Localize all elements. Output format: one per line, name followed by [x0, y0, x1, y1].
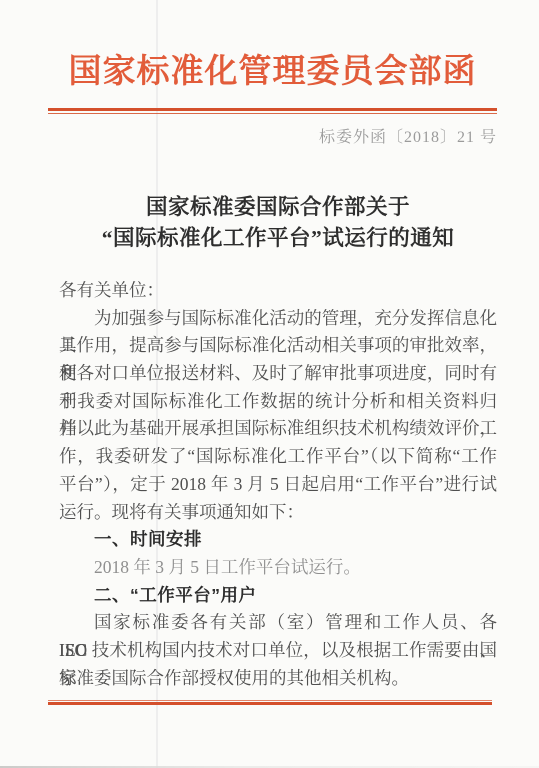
footer-divider-thick-line [48, 702, 492, 705]
section2-line: 国家标准委各有关部（室）管理和工作人员、各 ISO、 [59, 609, 497, 637]
masthead-divider [48, 108, 497, 114]
paragraph1-line: 并以此为基础开展承担国际标准组织技术机构绩效评价工 [59, 415, 497, 443]
paragraph1-line: 作，我委研发了“国际标准化工作平台”（以下简称“工作 [59, 443, 497, 471]
masthead-divider-thin-line [48, 113, 497, 114]
document-title-line2: “国际标准化工作平台”试运行的通知 [59, 223, 497, 254]
salutation: 各有关单位： [59, 277, 497, 305]
section1-heading: 一、时间安排 [59, 526, 497, 554]
paragraph1-line: 于我委对国际标准化工作数据的统计分析和相关资料归档， [59, 388, 497, 416]
paragraph1-line: 平台”），定于 2018 年 3 月 5 日起启用“工作平台”进行试 [59, 471, 497, 499]
paragraph1-line: 为加强参与国际标准化活动的管理，充分发挥信息化工 [59, 305, 497, 333]
paragraph1-line: 具作用，提高参与国际标准化活动相关事项的审批效率，便 [59, 332, 497, 360]
section2-line: 标准委国际合作部授权使用的其他相关机构。 [59, 665, 497, 693]
section2-line: IEC 技术机构国内技术对口单位，以及根据工作需要由国家 [59, 637, 497, 665]
letter-body: 各有关单位： 为加强参与国际标准化活动的管理，充分发挥信息化工 具作用，提高参与… [59, 277, 497, 692]
section1-content: 2018 年 3 月 5 日工作平台试运行。 [59, 554, 497, 582]
masthead-title: 国家标准化管理委员会部函 [48, 52, 497, 92]
paragraph1-line: 利各对口单位报送材料、及时了解审批事项进度，同时有利 [59, 360, 497, 388]
footer-divider-thin-line [48, 700, 492, 701]
scanned-letter-page: 国家标准化管理委员会部函 标委外函〔2018〕21 号 国家标准委国际合作部关于… [0, 0, 539, 768]
footer-divider [48, 700, 492, 705]
document-title-line1: 国家标准委国际合作部关于 [59, 192, 497, 223]
document-number: 标委外函〔2018〕21 号 [59, 124, 497, 147]
paragraph1-line: 运行。现将有关事项通知如下： [59, 499, 497, 527]
section2-heading: 二、“工作平台”用户 [59, 582, 497, 610]
masthead-divider-thick-line [48, 108, 497, 111]
document-title: 国家标准委国际合作部关于 “国际标准化工作平台”试运行的通知 [59, 192, 497, 254]
